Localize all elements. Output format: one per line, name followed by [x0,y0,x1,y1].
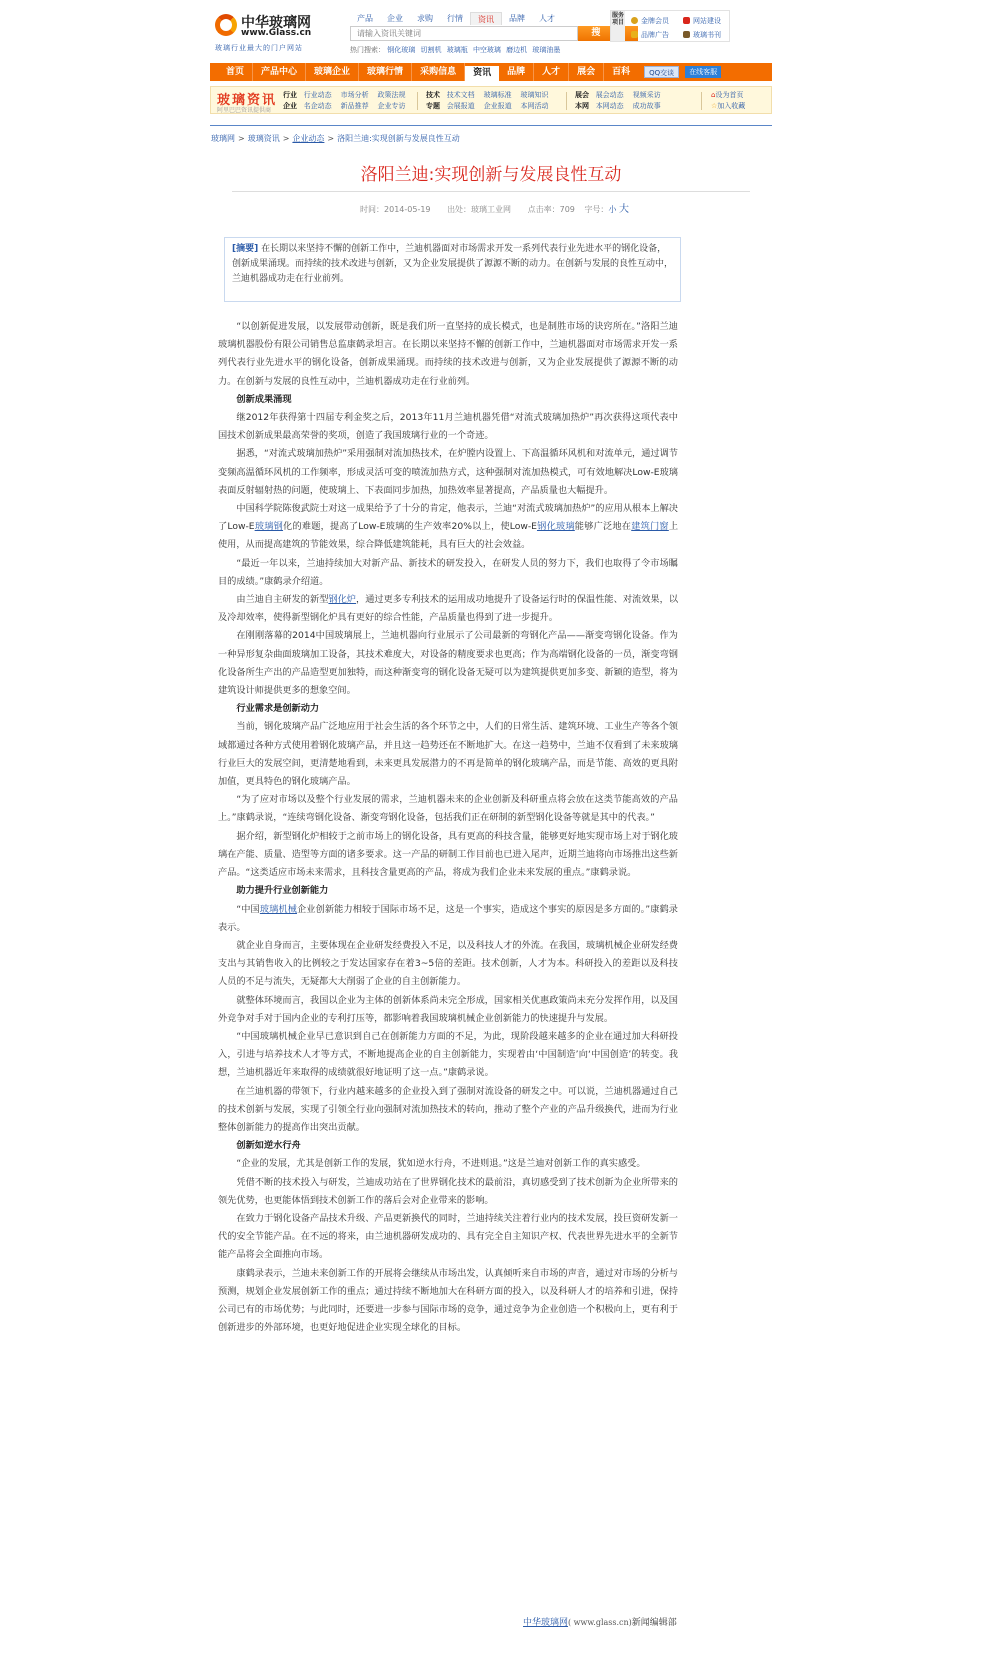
paragraph: 康鹤录表示，兰迪未来创新工作的开展将会继续从市场出发，认真倾听来自市场的声音，通… [218,1265,678,1338]
hot-search-label: 热门搜索： [350,46,385,54]
paragraph: 在兰迪机器的带领下，行业内越来越多的企业投入到了强制对流设备的研发之中。可以说，… [218,1083,678,1138]
search-tab-company[interactable]: 企业 [380,12,410,25]
search-tab-news[interactable]: 资讯 [470,12,502,25]
hit-count: 点击率：709 [528,205,575,214]
paragraph: 在刚刚落幕的2014中国玻璃展上，兰迪机器向行业展示了公司最新的弯钢化产品——渐… [218,627,678,700]
paragraph: 中国科学院陈俊武院士对这一成果给予了十分的肯定，他表示，兰迪“对流式玻璃加热炉”… [218,500,678,555]
subnav-group-expo: 展会 展会动态 视频采访 本网 本网动态 成功故事 [575,90,661,112]
section-heading: 创新如逆水行舟 [218,1137,678,1155]
article-footer-source: 中华玻璃网( www.glass.cn)新闻编辑部 [523,1615,677,1628]
font-large-button[interactable]: 大 [619,204,629,215]
font-size-label: 字号： [584,205,608,214]
nav-products[interactable]: 产品中心 [253,63,306,81]
publish-time: 时间：2014-05-19 [360,205,431,214]
subnav-link[interactable]: 本网活动 [521,102,549,110]
search-tab-product[interactable]: 产品 [350,12,380,25]
paragraph: 凭借不断的技术投入与研发，兰迪成功站在了世界钢化技术的最前沿，真切感受到了技术创… [218,1174,678,1210]
search-tab-brand[interactable]: 品牌 [502,12,532,25]
divider [701,92,702,110]
search-tab-talent[interactable]: 人才 [532,12,562,25]
subnav-link[interactable]: 玻璃标准 [484,91,512,99]
service-site-build[interactable]: 网站建设 [683,16,721,26]
section-heading: 行业需求是创新动力 [218,700,678,718]
subnav-link[interactable]: 企业专访 [378,102,406,110]
article-title: 洛阳兰迪:实现创新与发展良性互动 [210,160,772,185]
keyword-link[interactable]: 玻璃机械 [260,904,297,915]
breadcrumb-home[interactable]: 玻璃网 [211,134,235,143]
search-input[interactable]: 请输入资讯关键词 [350,26,578,41]
divider [232,191,750,192]
keyword-link[interactable]: 钢化玻璃 [537,521,575,532]
article-summary: [摘要] 在长期以来坚持不懈的创新工作中，兰迪机器面对市场需求开发一系列代表行业… [224,237,681,302]
divider [210,125,772,126]
paragraph: 由兰迪自主研发的新型钢化炉，通过更多专利技术的运用成功地提升了设备运行时的保温性… [218,591,678,627]
hot-link[interactable]: 钢化玻璃 [387,46,415,54]
font-small-button[interactable]: 小 [608,205,616,214]
nav-news[interactable]: 资讯 [465,66,499,81]
breadcrumb-separator-icon: > [238,134,245,143]
site-link[interactable]: 中华玻璃网 [523,1618,568,1628]
subnav-group-tech: 技术 技术文档 玻璃标准 玻璃知识 专题 会展报道 企业报道 本网活动 [426,90,549,112]
subnav-link[interactable]: 行业动态 [304,91,332,99]
hot-link[interactable]: 中空玻璃 [473,46,501,54]
site-url: ( www.glass.cn) [568,1618,632,1627]
article-body: “以创新促进发展，以发展带动创新，既是我们所一直坚持的成长模式，也是制胜市场的诀… [218,318,678,1337]
set-homepage-link[interactable]: ⌂设为首页 [711,90,745,101]
paragraph: 当前，钢化玻璃产品广泛地应用于社会生活的各个环节之中，人们的日常生活、建筑环境、… [218,718,678,791]
subnav-link[interactable]: 市场分析 [341,91,369,99]
paragraph: “中国玻璃机械企业早已意识到自己在创新能力方面的不足，为此，现阶段越来越多的企业… [218,1028,678,1083]
editorial-dept: 新闻编辑部 [632,1618,677,1628]
nav-home[interactable]: 首页 [218,63,253,81]
book-icon [683,31,690,38]
services-box: 服务项目 金牌会员 网站建设 品牌广告 玻璃书刊 [610,10,730,42]
breadcrumb: 玻璃网>玻璃资讯>企业动态>洛阳兰迪:实现创新与发展良性互动 [211,133,460,144]
paragraph: 就整体环境而言，我国以企业为主体的创新体系尚未完全形成，国家相关优惠政策尚未充分… [218,992,678,1028]
subnav-link[interactable]: 展会动态 [596,91,624,99]
paragraph: “企业的发展，尤其是创新工作的发展，犹如逆水行舟，不进则退。”这是兰迪对创新工作… [218,1155,678,1173]
site-logo[interactable]: 中华玻璃网 www.Glass.cn 玻璃行业最大的门户网站 [215,10,335,54]
service-glass-books[interactable]: 玻璃书刊 [683,30,721,40]
crown-icon [631,31,638,38]
paragraph: 据悉，“对流式玻璃加热炉”采用强制对流加热技术，在炉膛内设置上、下高温循环风机和… [218,445,678,500]
medal-icon [631,17,638,24]
keyword-link[interactable]: 钢化炉 [328,594,356,605]
online-service-button[interactable]: 在线客服 [685,66,721,78]
nav-purchase[interactable]: 采购信息 [412,63,465,81]
nav-talent[interactable]: 人才 [534,63,569,81]
logo-tagline: 玻璃行业最大的门户网站 [215,43,303,53]
article-source: 出处：玻璃工业网 [447,205,511,214]
paragraph: “以创新促进发展，以发展带动创新，既是我们所一直坚持的成长模式，也是制胜市场的诀… [218,318,678,391]
nav-companies[interactable]: 玻璃企业 [306,63,359,81]
breadcrumb-separator-icon: > [283,134,290,143]
service-gold-member[interactable]: 金牌会员 [631,16,669,26]
news-brand-tagline: 阿里巴巴资讯提供商 [217,105,271,114]
search-tab-market[interactable]: 行情 [440,12,470,25]
paragraph: 在致力于钢化设备产品技术升级、产品更新换代的同时，兰迪持续关注着行业内的技术发展… [218,1210,678,1265]
paragraph: 就企业自身而言，主要体现在企业研发经费投入不足，以及科技人才的外流。在我国，玻璃… [218,937,678,992]
breadcrumb-separator-icon: > [327,134,334,143]
hot-link[interactable]: 磨边机 [506,46,527,54]
hot-link[interactable]: 玻璃油墨 [532,46,560,54]
subnav-link[interactable]: 会展报道 [447,102,475,110]
paragraph: “为了应对市场以及整个行业发展的需求，兰迪机器未来的企业创新及科研重点将会放在这… [218,791,678,827]
news-subnav: 玻璃资讯 阿里巴巴资讯提供商 行业 行业动态 市场分析 政策法规 企业 名企动态… [210,86,772,114]
nav-wiki[interactable]: 百科 [604,63,638,81]
subnav-actions: ⌂设为首页 ☆加入收藏 [711,90,745,112]
hot-link[interactable]: 玻璃瓶 [447,46,468,54]
paragraph: “中国玻璃机械企业创新能力相较于国际市场不足，这是一个事实，造成这个事实的原因是… [218,901,678,937]
subnav-link[interactable]: 成功故事 [633,102,661,110]
hot-searches: 热门搜索： 钢化玻璃 切割机 玻璃瓶 中空玻璃 磨边机 玻璃油墨 [350,45,563,55]
subnav-link[interactable]: 本网动态 [596,102,624,110]
breadcrumb-company-news[interactable]: 企业动态 [292,134,324,143]
main-nav: 首页 产品中心 玻璃企业 玻璃行情 采购信息 资讯 品牌 人才 展会 百科 QQ… [210,63,772,81]
site-icon [683,17,690,24]
qq-chat-button[interactable]: QQ交谈 [644,66,679,78]
subnav-link[interactable]: 新品推荐 [341,102,369,110]
keyword-link[interactable]: 玻璃钢 [255,521,283,532]
divider [566,92,567,110]
hot-link[interactable]: 切割机 [420,46,441,54]
paragraph: “最近一年以来，兰迪持续加大对新产品、新技术的研发投入，在研发人员的努力下，我们… [218,555,678,591]
logo-url: www.Glass.cn [241,28,311,38]
paragraph: 据介绍，新型钢化炉相较于之前市场上的钢化设备，具有更高的科技含量，能够更好地实现… [218,828,678,883]
search-tabs: 产品 企业 求购 行情 资讯 品牌 人才 [350,12,562,25]
summary-text: 在长期以来坚持不懈的创新工作中，兰迪机器面对市场需求开发一系列代表行业先进水平的… [232,244,673,284]
subnav-group-industry: 行业 行业动态 市场分析 政策法规 企业 名企动态 新品推荐 企业专访 [283,90,406,112]
nav-brand[interactable]: 品牌 [499,63,534,81]
summary-tag: [摘要] [232,244,258,254]
logo-swirl-icon [215,14,237,36]
services-label: 服务项目 [611,11,625,41]
nav-market[interactable]: 玻璃行情 [359,63,412,81]
service-brand-ad[interactable]: 品牌广告 [631,30,669,40]
subnav-link[interactable]: 玻璃知识 [521,91,549,99]
subnav-link[interactable]: 政策法规 [378,91,406,99]
subnav-link[interactable]: 企业报道 [484,102,512,110]
breadcrumb-news[interactable]: 玻璃资讯 [248,134,280,143]
subnav-link[interactable]: 名企动态 [304,102,332,110]
breadcrumb-current[interactable]: 洛阳兰迪:实现创新与发展良性互动 [337,134,460,143]
paragraph: 继2012年获得第十四届专利金奖之后，2013年11月兰迪机器凭借“对流式玻璃加… [218,409,678,445]
keyword-link[interactable]: 建筑门窗 [631,521,669,532]
site-header: 中华玻璃网 www.Glass.cn 玻璃行业最大的门户网站 产品 企业 求购 … [215,6,775,56]
subnav-link[interactable]: 视频采访 [633,91,661,99]
article-meta: 时间：2014-05-19 出处：玻璃工业网 点击率：709 字号：小 大 [210,200,772,215]
section-heading: 助力提升行业创新能力 [218,882,678,900]
nav-expo[interactable]: 展会 [569,63,604,81]
divider [417,92,418,110]
add-favorite-link[interactable]: ☆加入收藏 [711,101,745,112]
subnav-link[interactable]: 技术文档 [447,91,475,99]
search-tab-buy[interactable]: 求购 [410,12,440,25]
section-heading: 创新成果涌现 [218,391,678,409]
